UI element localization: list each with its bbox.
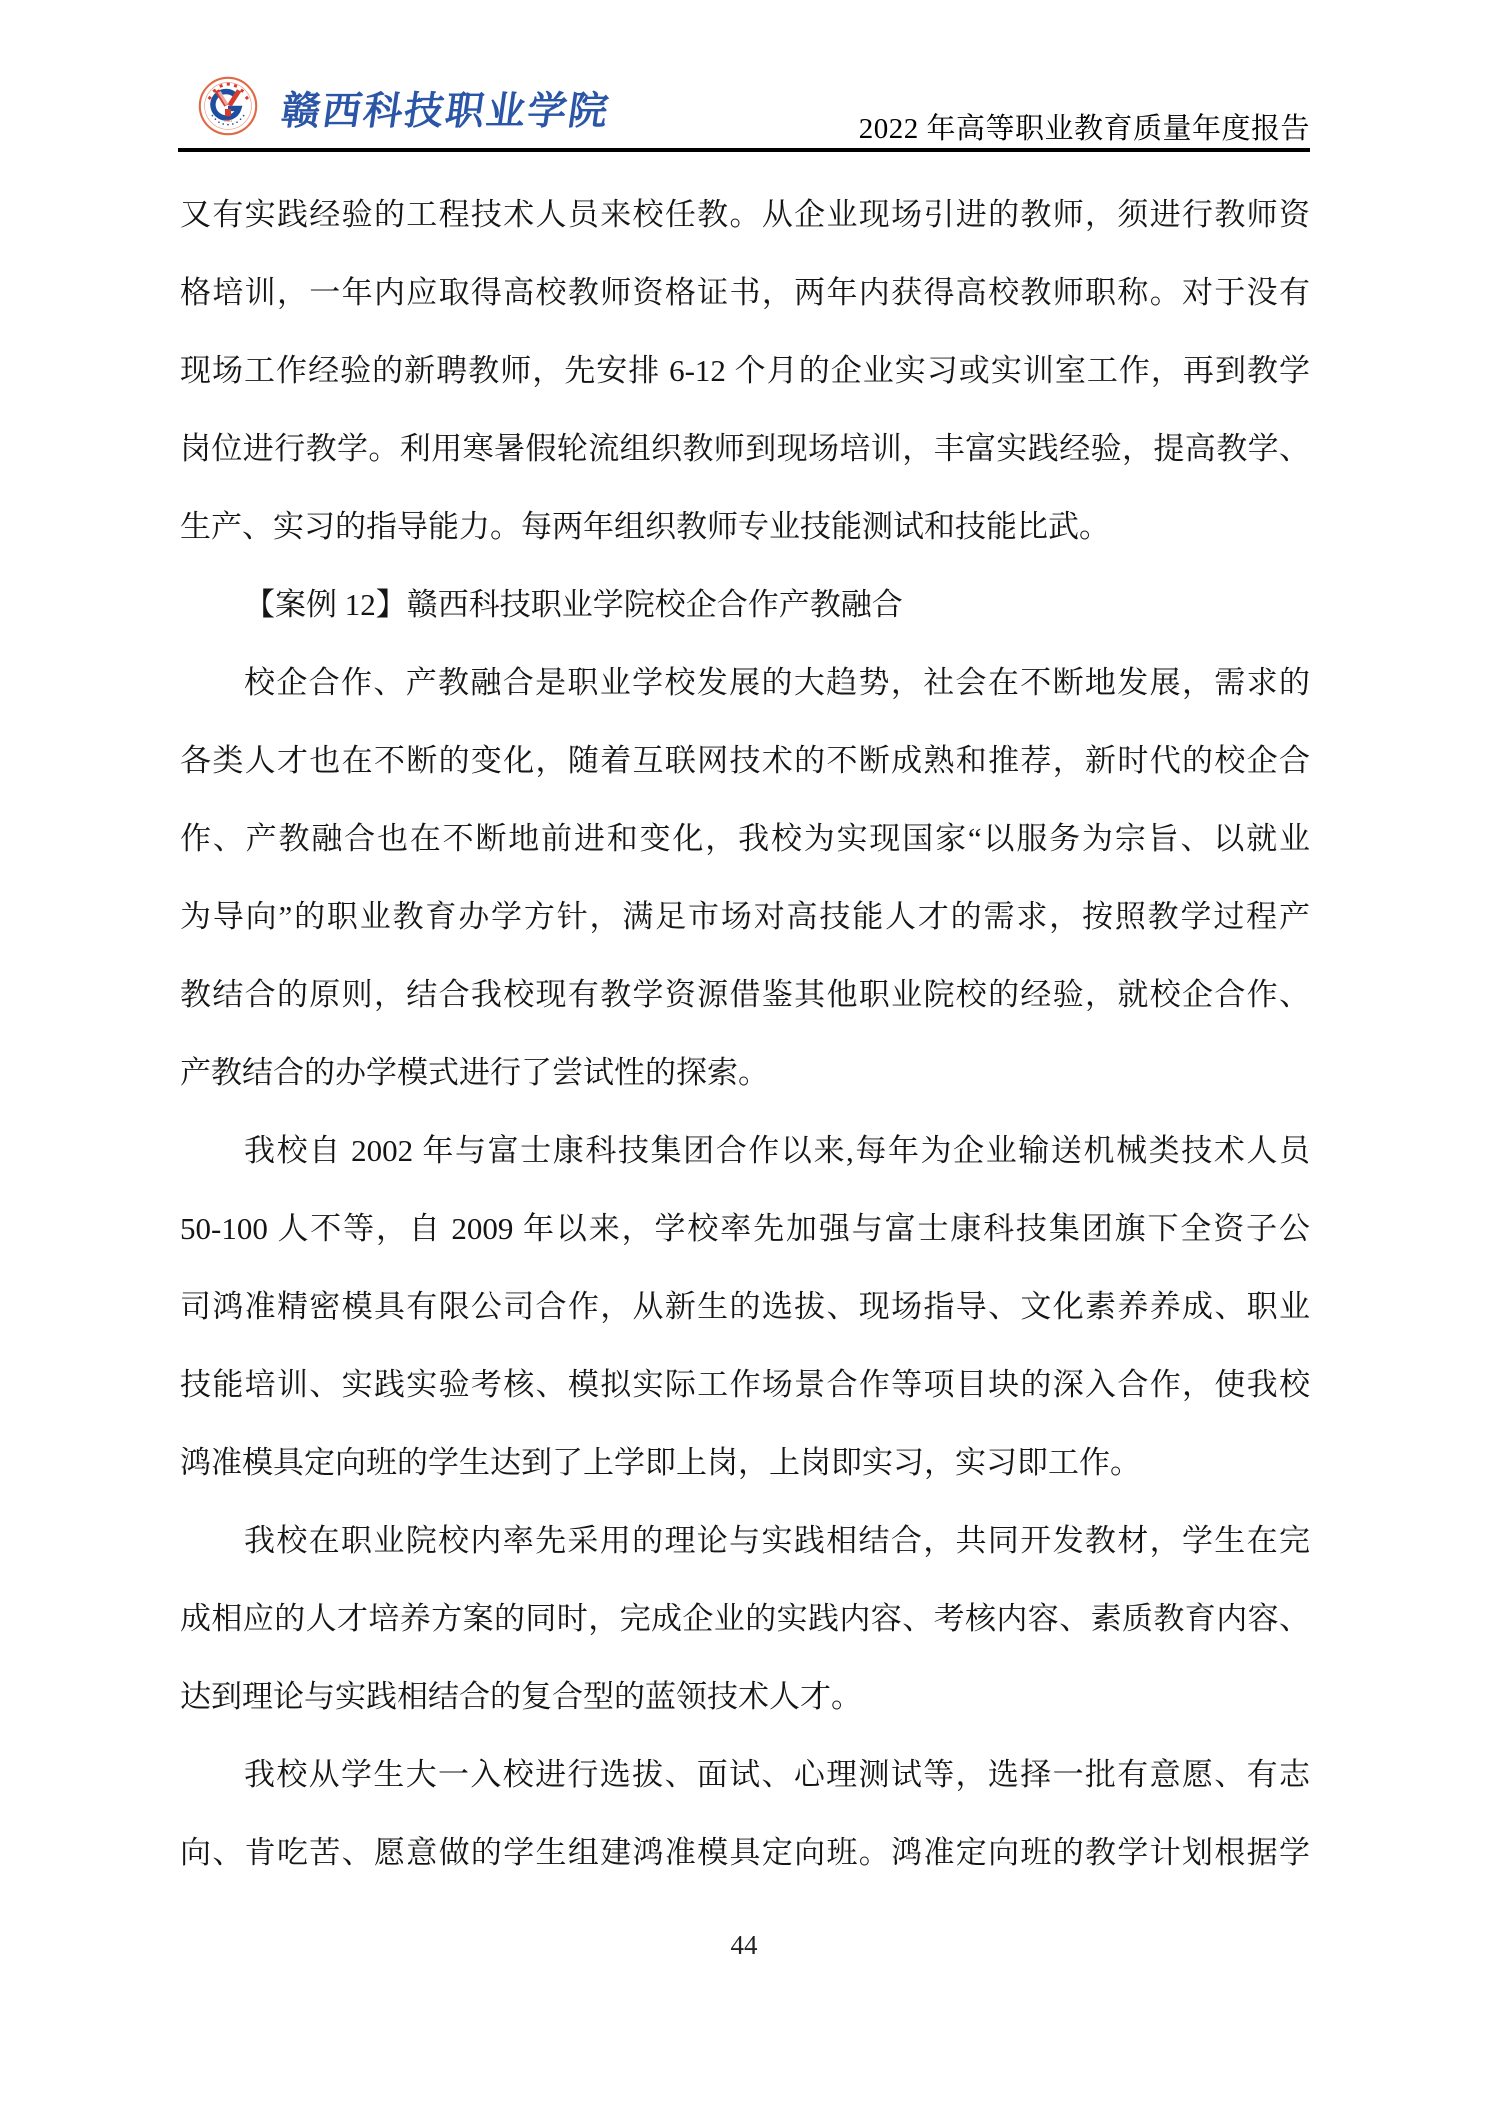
body-line: 生产、实习的指导能力。每两年组织教师专业技能测试和技能比武。 (180, 488, 1310, 566)
body-line: 教结合的原则，结合我校现有教学资源借鉴其他职业院校的经验，就校企合作、 (180, 956, 1310, 1034)
college-logo: 1985 (198, 76, 258, 136)
body-line: 我校在职业院校内率先采用的理论与实践相结合，共同开发教材，学生在完 (180, 1502, 1310, 1580)
body-text: 又有实践经验的工程技术人员来校任教。从企业现场引进的教师，须进行教师资 格培训，… (180, 150, 1310, 1892)
report-title: 2022 年高等职业教育质量年度报告 (859, 106, 1310, 147)
body-line: 达到理论与实践相结合的复合型的蓝领技术人才。 (180, 1658, 1310, 1736)
body-line: 岗位进行教学。利用寒暑假轮流组织教师到现场培训，丰富实践经验，提高教学、 (180, 410, 1310, 488)
body-line: 50-100 人不等，自 2009 年以来，学校率先加强与富士康科技集团旗下全资… (180, 1190, 1310, 1268)
body-line: 产教结合的办学模式进行了尝试性的探索。 (180, 1034, 1310, 1112)
body-line: 成相应的人才培养方案的同时，完成企业的实践内容、考核内容、素质教育内容、 (180, 1580, 1310, 1658)
body-line: 各类人才也在不断的变化，随着互联网技术的不断成熟和推荐，新时代的校企合 (180, 722, 1310, 800)
body-line: 向、肯吃苦、愿意做的学生组建鸿准模具定向班。鸿准定向班的教学计划根据学 (180, 1814, 1310, 1892)
body-line: 司鸿准精密模具有限公司合作，从新生的选拔、现场指导、文化素养养成、职业 (180, 1268, 1310, 1346)
body-line: 鸿准模具定向班的学生达到了上学即上岗，上岗即实习，实习即工作。 (180, 1424, 1310, 1502)
document-page: 1985 赣西科技职业学院 2022 年高等职业教育质量年度报告 又有实践经验的… (0, 0, 1488, 2105)
emblem-year: 1985 (224, 118, 232, 123)
body-line: 格培训，一年内应取得高校教师资格证书，两年内获得高校教师职称。对于没有 (180, 254, 1310, 332)
college-emblem-icon: 1985 (198, 76, 258, 136)
body-line: 我校自 2002 年与富士康科技集团合作以来,每年为企业输送机械类技术人员 (180, 1112, 1310, 1190)
case-heading: 【案例 12】赣西科技职业学院校企合作产教融合 (180, 566, 1310, 644)
body-line: 现场工作经验的新聘教师，先安排 6-12 个月的企业实习或实训室工作，再到教学 (180, 332, 1310, 410)
body-line: 校企合作、产教融合是职业学校发展的大趋势，社会在不断地发展，需求的 (180, 644, 1310, 722)
college-name: 赣西科技职业学院 (278, 80, 614, 136)
body-line: 为导向”的职业教育办学方针，满足市场对高技能人才的需求，按照教学过程产 (180, 878, 1310, 956)
body-line: 作、产教融合也在不断地前进和变化，我校为实现国家“以服务为宗旨、以就业 (180, 800, 1310, 878)
body-line: 我校从学生大一入校进行选拔、面试、心理测试等，选择一批有意愿、有志 (180, 1736, 1310, 1814)
body-line: 又有实践经验的工程技术人员来校任教。从企业现场引进的教师，须进行教师资 (180, 176, 1310, 254)
page-number: 44 (0, 1930, 1488, 1961)
body-line: 技能培训、实践实验考核、模拟实际工作场景合作等项目块的深入合作，使我校 (180, 1346, 1310, 1424)
